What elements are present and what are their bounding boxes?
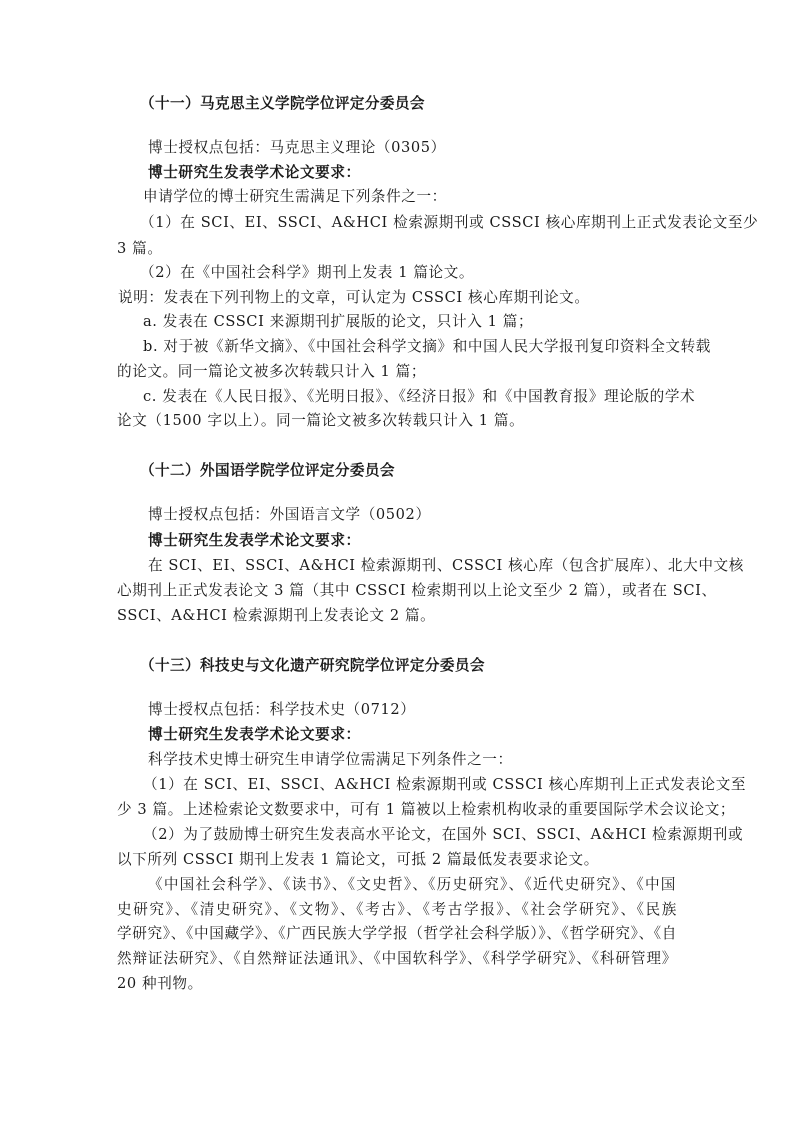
body-line: c. 发表在《人民日报》、《光明日报》、《经济日报》和《中国教育报》理论版的学术	[143, 387, 676, 407]
authorization-text: 博士授权点包括：马克思主义理论（0305）	[148, 138, 446, 158]
authorization-text: 博士授权点包括：科学技术史（0712）	[148, 700, 415, 720]
authorization-text: 博士授权点包括：外国语言文学（0502）	[148, 505, 431, 525]
section-heading-13: （十三）科技史与文化遗产研究院学位评定分委员会	[140, 656, 485, 676]
body-line: 《中国社会科学》、《读书》、《文史哲》、《历史研究》、《近代史研究》、《中国	[148, 875, 676, 895]
body-line: （2）为了鼓励博士研究生发表高水平论文，在国外 SCI、SSCI、A&HCI 检…	[143, 825, 676, 845]
requirement-title: 博士研究生发表学术论文要求：	[148, 531, 361, 551]
body-line: 20 种刊物。	[117, 974, 203, 994]
body-line: 说明：发表在下列刊物上的文章，可认定为 CSSCI 核心库期刊论文。	[118, 288, 590, 308]
body-line: 史研究》、《清史研究》、《文物》、《考古》、《考古学报》、《社会学研究》、《民族	[117, 900, 677, 920]
body-line: 心期刊上正式发表论文 3 篇（其中 CSSCI 检索期刊以上论文至少 2 篇），…	[117, 581, 677, 601]
body-line: 然辩证法研究》、《自然辩证法通讯》、《中国软科学》、《科学学研究》、《科研管理》	[117, 949, 677, 969]
body-line: 的论文。同一篇论文被多次转载只计入 1 篇；	[117, 362, 426, 382]
requirement-title: 博士研究生发表学术论文要求：	[148, 725, 361, 745]
body-line: a. 发表在 CSSCI 来源期刊扩展版的论文，只计入 1 篇；	[143, 312, 533, 332]
body-line: 以下所列 CSSCI 期刊上发表 1 篇论文，可抵 2 篇最低发表要求论文。	[117, 850, 599, 870]
body-line: 申请学位的博士研究生需满足下列条件之一：	[143, 187, 447, 207]
body-line: b. 对于被《新华文摘》、《中国社会科学文摘》和中国人民大学报刊复印资料全文转载	[143, 337, 676, 357]
body-line: 少 3 篇。上述检索论文数要求中，可有 1 篇被以上检索机构收录的重要国际学术会…	[117, 800, 677, 820]
body-line: 学研究》、《中国藏学》、《广西民族大学学报（哲学社会科学版）》、《哲学研究》、《…	[117, 924, 677, 944]
document-page: （十一）马克思主义学院学位评定分委员会 博士授权点包括：马克思主义理论（0305…	[0, 0, 793, 1122]
section-heading-12: （十二）外国语学院学位评定分委员会	[140, 461, 395, 481]
requirement-title: 博士研究生发表学术论文要求：	[148, 163, 361, 183]
body-line: 在 SCI、EI、SSCI、A&HCI 检索源期刊、CSSCI 核心库（包含扩展…	[148, 556, 676, 576]
section-heading-11: （十一）马克思主义学院学位评定分委员会	[140, 94, 425, 114]
body-line: 论文（1500 字以上）。同一篇论文被多次转载只计入 1 篇。	[117, 411, 524, 431]
body-line: （1）在 SCI、EI、SSCI、A&HCI 检索源期刊或 CSSCI 核心库期…	[140, 213, 676, 233]
body-line: SSCI、A&HCI 检索源期刊上发表论文 2 篇。	[117, 606, 435, 626]
body-line: 3 篇。	[117, 239, 163, 259]
body-line: （2）在《中国社会科学》期刊上发表 1 篇论文。	[140, 263, 474, 283]
body-line: 科学技术史博士研究生申请学位需满足下列条件之一：	[148, 750, 513, 770]
body-line: （1）在 SCI、EI、SSCI、A&HCI 检索源期刊或 CSSCI 核心库期…	[143, 775, 676, 795]
